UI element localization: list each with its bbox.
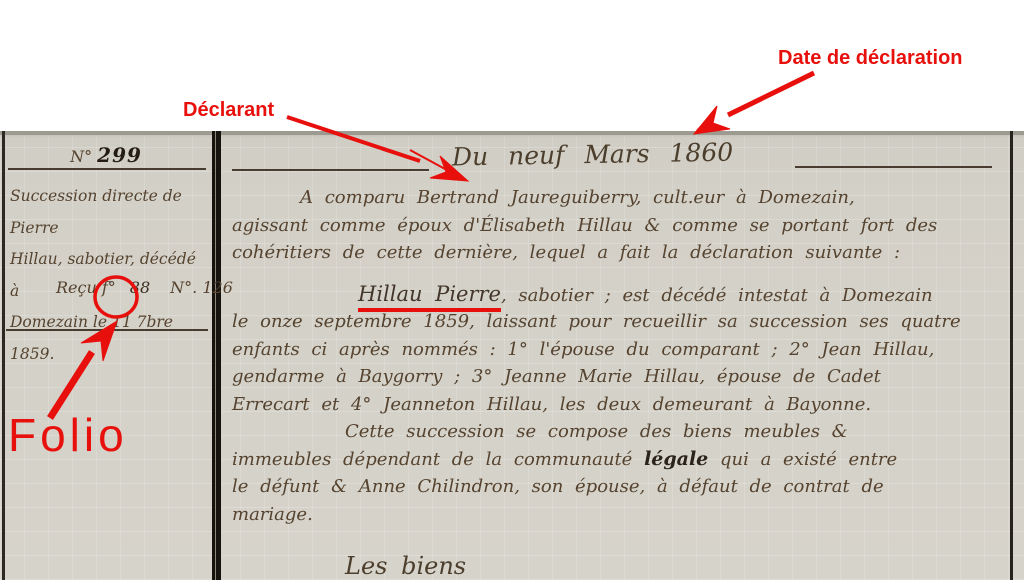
act-number-value: 299 (97, 143, 142, 167)
recu-number: N°. 126 (170, 278, 233, 297)
margin-divider-rule (212, 131, 221, 580)
body-line: le onze septembre 1859, laissant pour re… (232, 308, 1011, 336)
heading-left-rule (232, 169, 429, 171)
folio-value: 88 (130, 278, 150, 297)
declaration-body: A comparu Bertrand Jaureguiberry, cult.e… (232, 184, 1011, 580)
body-line: enfants ci après nommés : 1° l'épouse du… (232, 336, 1011, 364)
recu-line: Reçu f°88N°. 126 (56, 278, 233, 297)
declaration-date-heading: Du neuf Mars 1860 (452, 138, 734, 172)
heading-right-rule (795, 166, 992, 168)
act-number: N° 299 (0, 143, 212, 167)
declarant-label: Déclarant (183, 99, 274, 122)
body-line-text: immeubles dépendant de la communauté (232, 449, 644, 470)
folio-label: Folio (8, 408, 128, 462)
body-line-partial: Les biens (232, 553, 1011, 580)
margin-note-line: Succession directe de Pierre (10, 181, 210, 244)
body-line: Cette succession se compose des biens me… (232, 418, 1011, 446)
body-line: A comparu Bertrand Jaureguiberry, cult.e… (232, 184, 1011, 212)
body-line: le défunt & Anne Chilindron, son épouse,… (232, 473, 1011, 501)
recu-label: Reçu f° (56, 278, 116, 297)
body-line: gendarme à Baygorry ; 3° Jeanne Marie Hi… (232, 363, 1011, 391)
date-declaration-label: Date de déclaration (778, 47, 963, 70)
body-line: immeubles dépendant de la communauté lég… (232, 446, 1011, 474)
register-scan: N° 299 Succession directe de Pierre Hill… (0, 131, 1024, 580)
body-line-text: , sabotier ; est décédé intestat à Domez… (501, 285, 933, 306)
body-line: Errecart et 4° Jeanneton Hillau, les deu… (232, 391, 1011, 419)
annotated-register-screenshot: Date de déclaration Déclarant N° 299 Suc… (0, 0, 1024, 580)
margin-note-line: Hillau, sabotier, décédé à (10, 244, 210, 307)
body-line: cohéritiers de cette dernière, lequel a … (232, 239, 1011, 267)
body-line-text: qui a existé entre (708, 449, 897, 470)
margin-note: Succession directe de Pierre Hillau, sab… (10, 181, 210, 370)
body-line: agissant comme époux d'Élisabeth Hillau … (232, 212, 1011, 240)
act-number-prefix: N° (70, 147, 92, 166)
body-line: mariage. (232, 501, 1011, 529)
date-arrow (694, 73, 814, 134)
left-page-rule (2, 131, 5, 580)
scan-top-edge (0, 131, 1024, 135)
margin-top-rule (8, 168, 206, 170)
deceased-name-underlined: Hillau Pierre (358, 282, 501, 312)
margin-note-line: Domezain le 11 7bre 1859. (10, 307, 210, 370)
legale-bold-word: légale (644, 448, 708, 470)
body-line: Hillau Pierre, sabotier ; est décédé int… (232, 281, 1011, 309)
